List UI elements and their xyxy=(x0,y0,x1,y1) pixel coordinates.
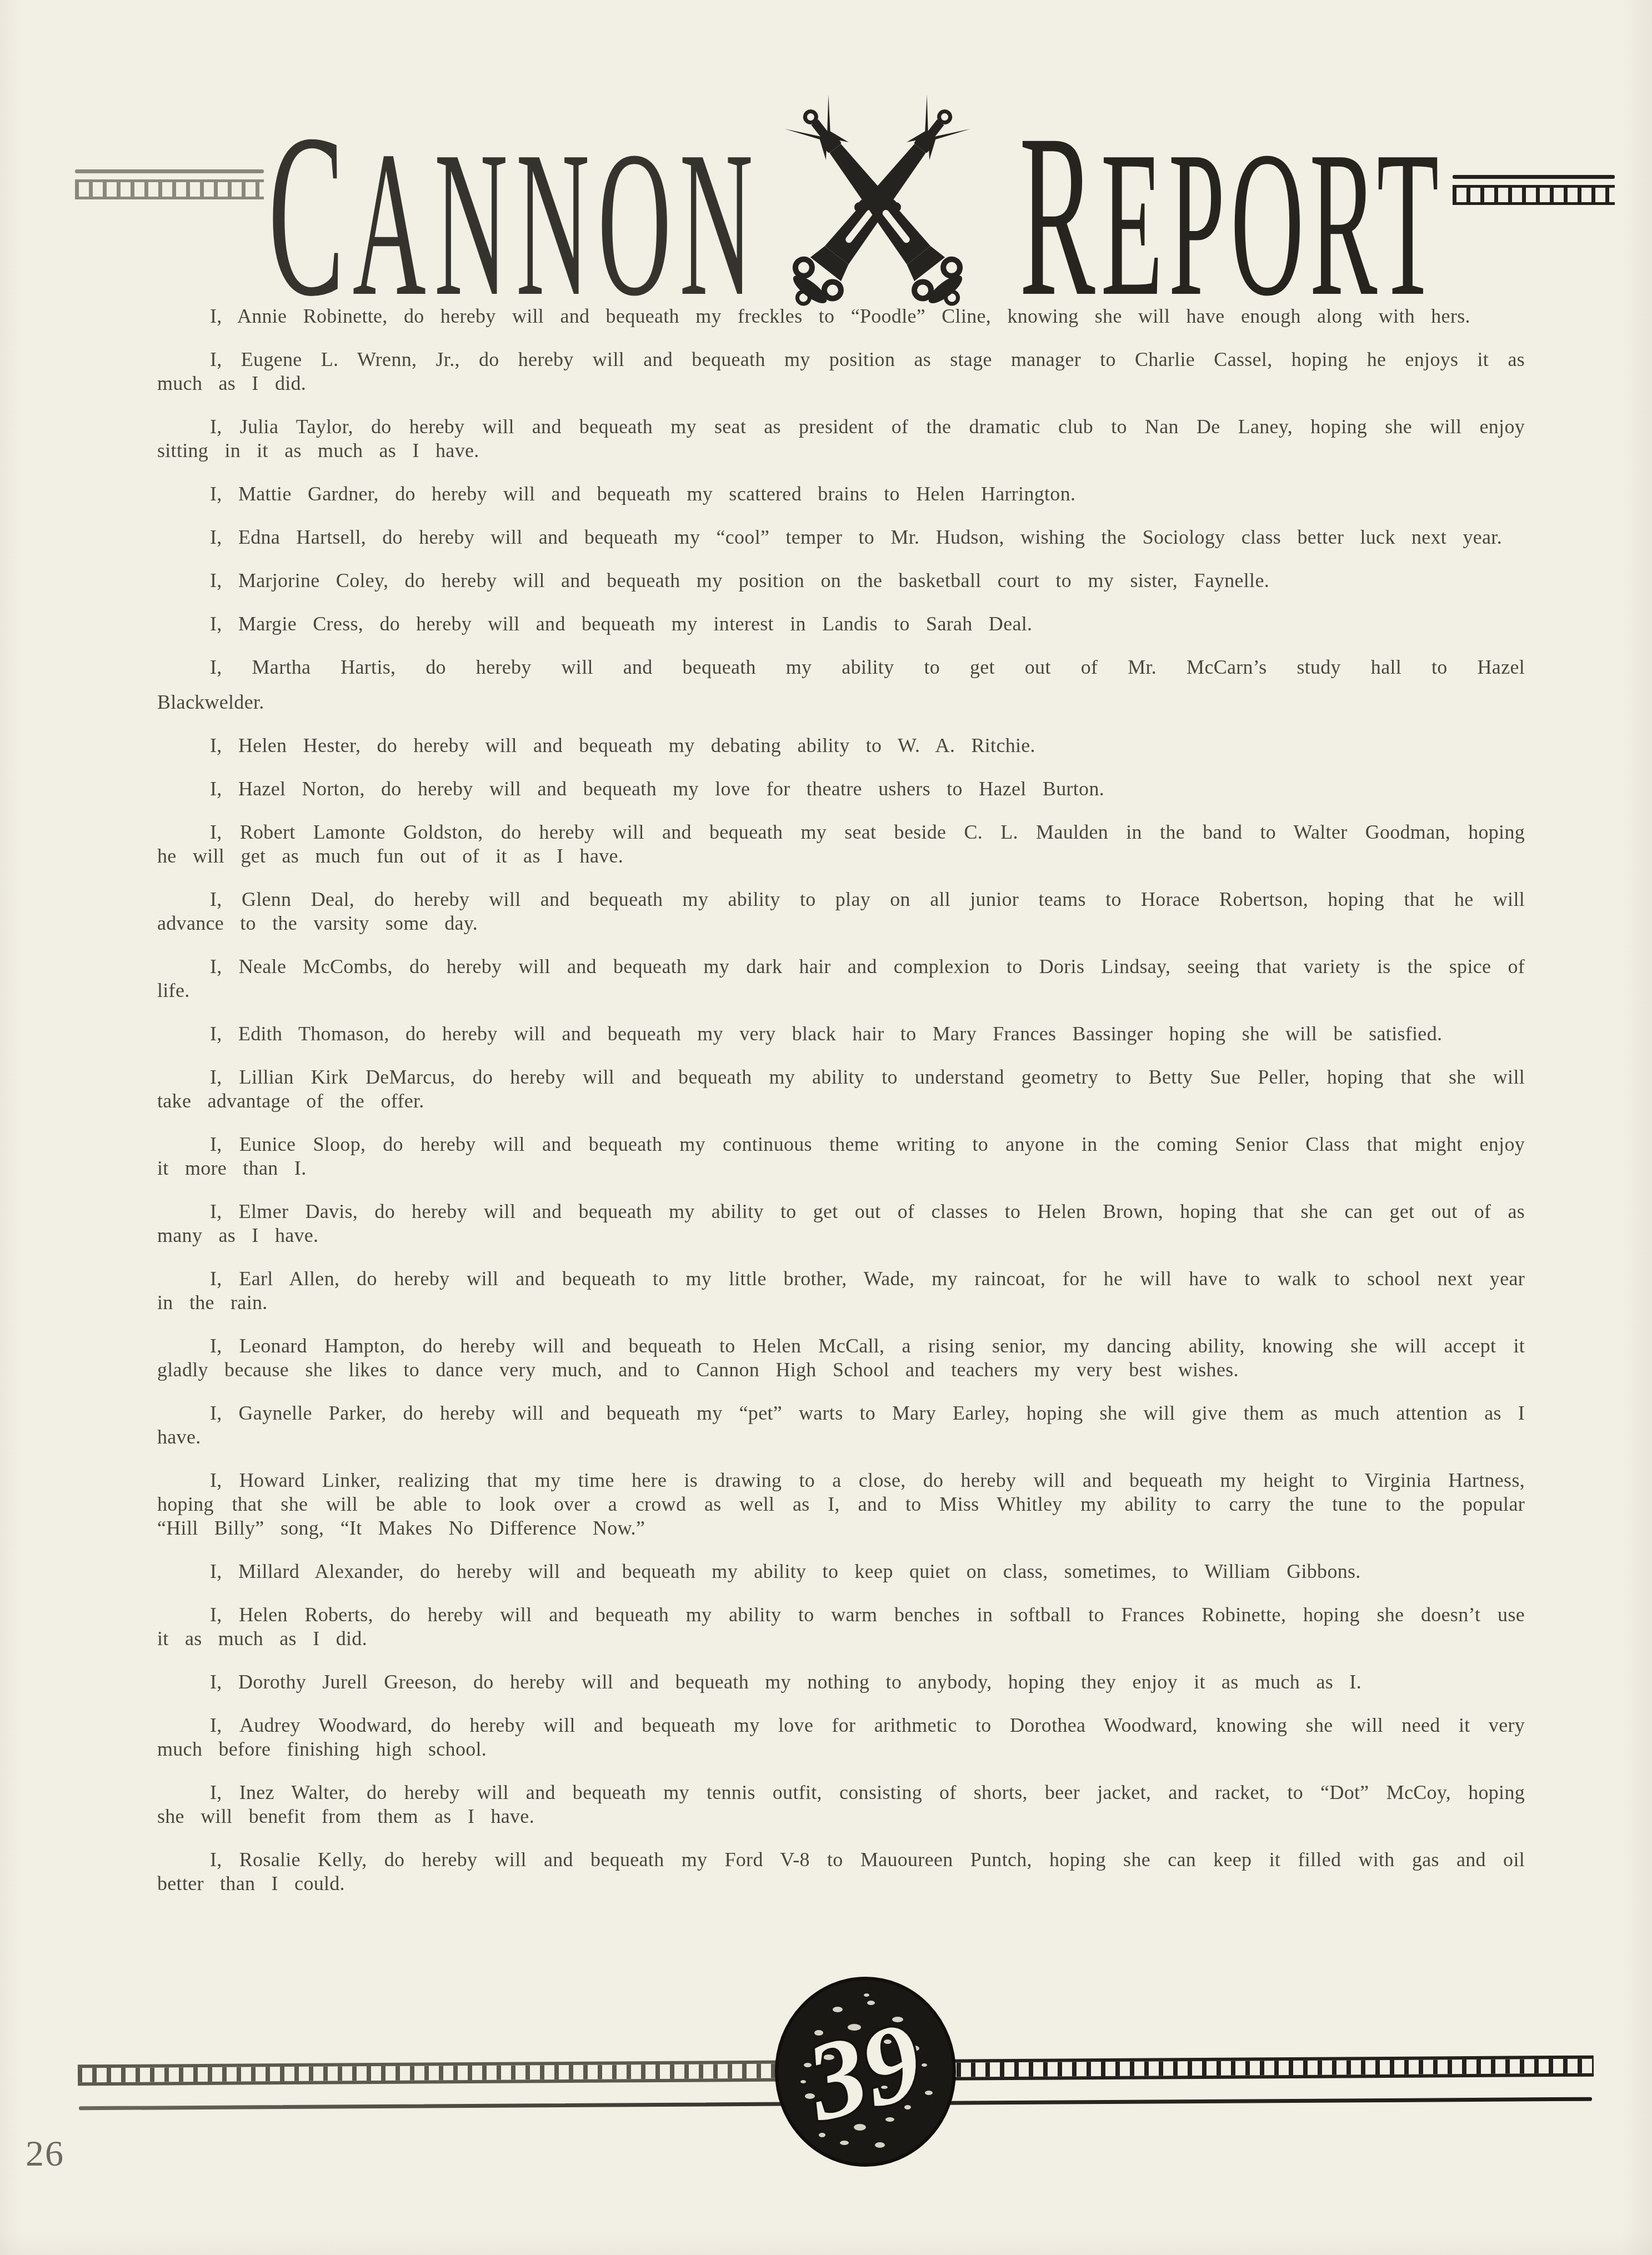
will-entry: I, Rosalie Kelly, do hereby will and beq… xyxy=(157,1848,1525,1896)
will-entry: I, Leonard Hampton, do hereby will and b… xyxy=(157,1334,1525,1382)
will-entry: I, Hazel Norton, do hereby will and bequ… xyxy=(157,777,1525,801)
will-entry: I, Glenn Deal, do hereby will and bequea… xyxy=(157,888,1525,935)
will-entry: I, Robert Lamonte Goldston, do hereby wi… xyxy=(157,820,1525,868)
will-entry: I, Julia Taylor, do hereby will and bequ… xyxy=(157,415,1525,463)
will-entry-line: I, Martha Hartis, do hereby will and beq… xyxy=(157,655,1525,679)
will-entry: I, Margie Cress, do hereby will and bequ… xyxy=(157,612,1525,636)
will-entry: I, Eugene L. Wrenn, Jr., do hereby will … xyxy=(157,348,1525,395)
will-entry: I, Martha Hartis, do hereby will and beq… xyxy=(157,655,1525,714)
masthead: CANNON xyxy=(0,0,1652,333)
rule-ladder-band xyxy=(1453,185,1615,205)
will-entry: I, Lillian Kirk DeMarcus, do hereby will… xyxy=(157,1065,1525,1113)
yearbook-page: CANNON xyxy=(0,0,1652,2255)
will-entry: I, Audrey Woodward, do hereby will and b… xyxy=(157,1713,1525,1761)
will-entry-line: Blackwelder. xyxy=(157,690,1525,714)
will-entry: I, Gaynelle Parker, do hereby will and b… xyxy=(157,1401,1525,1449)
header-rule-left xyxy=(75,169,264,199)
will-entry: I, Mattie Gardner, do hereby will and be… xyxy=(157,482,1525,506)
rule-line xyxy=(75,169,264,173)
crossed-cannons-icon xyxy=(747,83,1008,328)
will-entry: I, Helen Roberts, do hereby will and beq… xyxy=(157,1603,1525,1651)
will-entry: I, Marjorine Coley, do hereby will and b… xyxy=(157,569,1525,593)
will-entry: I, Howard Linker, realizing that my time… xyxy=(157,1469,1525,1540)
footer-rule-left xyxy=(78,2061,783,2086)
will-entry: I, Millard Alexander, do hereby will and… xyxy=(157,1560,1525,1583)
will-entry: I, Edith Thomason, do hereby will and be… xyxy=(157,1022,1525,1046)
will-entry: I, Elmer Davis, do hereby will and beque… xyxy=(157,1200,1525,1247)
header-rule-right xyxy=(1453,175,1615,205)
title-cannon: CANNON xyxy=(268,100,762,333)
will-entry: I, Eunice Sloop, do hereby will and bequ… xyxy=(157,1132,1525,1180)
will-entry: I, Dorothy Jurell Greeson, do hereby wil… xyxy=(157,1670,1525,1694)
rule-line xyxy=(1453,175,1615,179)
page-number: 26 xyxy=(26,2133,64,2175)
will-entry: I, Neale McCombs, do hereby will and beq… xyxy=(157,955,1525,1003)
will-entry: I, Earl Allen, do hereby will and bequea… xyxy=(157,1267,1525,1315)
class-will-text: I, Annie Robinette, do hereby will and b… xyxy=(157,304,1525,1915)
cannonball-39-emblem: 39 xyxy=(771,1976,960,2168)
rule-ladder-band xyxy=(75,179,264,199)
will-entry: I, Helen Hester, do hereby will and bequ… xyxy=(157,734,1525,758)
will-entry: I, Edna Hartsell, do hereby will and beq… xyxy=(157,525,1525,549)
will-entry: I, Inez Walter, do hereby will and beque… xyxy=(157,1781,1525,1828)
will-entry: I, Annie Robinette, do hereby will and b… xyxy=(157,304,1525,328)
title-report: REPORT xyxy=(1019,100,1444,333)
